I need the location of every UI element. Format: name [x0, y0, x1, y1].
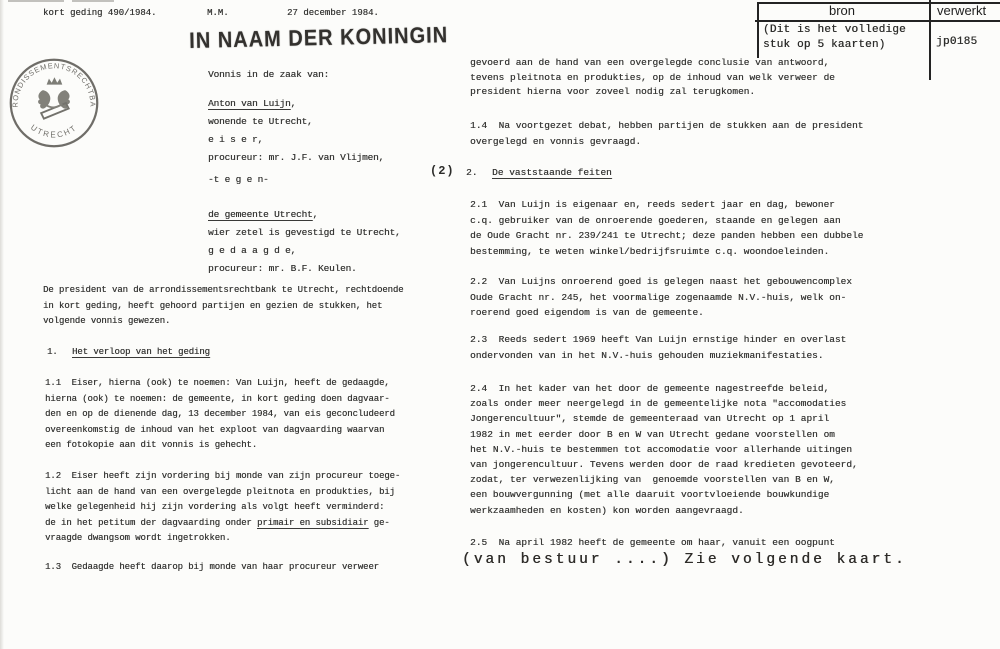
- paragraph-1-4: 1.4 Na voortgezet debat, hebben partijen…: [470, 118, 863, 149]
- paragraph-1-3: 1.3 Gedaagde heeft daarop bij monde van …: [45, 560, 379, 576]
- preamble-paragraph: De president van de arrondissementsrecht…: [43, 283, 403, 330]
- card-number-marker: (2): [430, 164, 455, 178]
- plaintiff-details: wonende te Utrecht, e i s e r, procureur…: [208, 113, 384, 167]
- court-stamp: ARRONDISSEMENTSRECHTBANK UTRECHT: [8, 57, 100, 149]
- page-edge-artifact: [72, 0, 114, 2]
- coat-of-arms-icon: [38, 77, 70, 118]
- plaintiff-name: Anton van Luijn,: [208, 95, 296, 113]
- defendant-name: de gemeente Utrecht,: [208, 206, 318, 224]
- clerk-initials: M.M.: [207, 6, 229, 22]
- page-edge-artifact: [8, 0, 64, 2]
- registration-note: (Dit is het volledige stuk op 5 kaarten): [763, 23, 906, 53]
- paragraph-1-1: 1.1 Eiser, hierna (ook) te noemen: Van L…: [45, 376, 395, 454]
- section-1-heading: Het verloop van het geding: [72, 345, 210, 361]
- stamp-place-text: UTRECHT: [29, 123, 79, 140]
- plaintiff-name-comma: ,: [291, 98, 297, 109]
- paragraph-2-5: 2.5 Na april 1982 heeft de gemeente om h…: [470, 535, 835, 551]
- section-2-number: 2.: [466, 165, 477, 181]
- section-2-heading: De vaststaande feiten: [492, 165, 612, 181]
- defendant-name-underlined: de gemeente Utrecht: [208, 209, 313, 220]
- paragraph-2-4: 2.4 In het kader van het door de gemeent…: [470, 381, 858, 518]
- paragraph-1-3-continuation: gevoerd aan de hand van een overgelegde …: [470, 56, 835, 100]
- column-header-verwerkt: verwerkt: [937, 3, 986, 18]
- registration-code: jp0185: [936, 36, 977, 48]
- judgment-date: 27 december 1984.: [287, 6, 379, 22]
- defendant-name-comma: ,: [313, 209, 319, 220]
- scan-edge-shadow: [0, 0, 4, 649]
- defendant-details: wier zetel is gevestigd te Utrecht, g e …: [208, 224, 401, 278]
- table-column-divider: [929, 0, 931, 80]
- continuation-note: (van bestuur ....) Zie volgende kaart.: [462, 550, 907, 570]
- paragraph-2-3: 2.3 Reeds sedert 1969 heeft Van Luijn er…: [470, 332, 846, 363]
- paragraph-2-2: 2.2 Van Luijns onroerend goed is gelegen…: [470, 274, 852, 321]
- versus-line: -t e g e n-: [208, 171, 269, 189]
- column-header-bron: bron: [755, 3, 929, 18]
- scanned-court-judgment-page: kort geding 490/1984. M.M. 27 december 1…: [0, 0, 1000, 649]
- section-1-number: 1.: [47, 345, 58, 361]
- vonnis-intro-line: Vonnis in de zaak van:: [208, 66, 329, 84]
- paragraph-1-2-underlined-phrase: primair en subsidiair: [257, 518, 368, 528]
- paragraph-1-2: 1.2 Eiser heeft zijn vordering bij monde…: [45, 469, 400, 547]
- table-header-border: [755, 20, 1000, 22]
- plaintiff-name-underlined: Anton van Luijn: [208, 98, 291, 109]
- case-reference: kort geding 490/1984.: [43, 6, 156, 22]
- paragraph-2-1: 2.1 Van Luijn is eigenaar en, reeds sede…: [470, 197, 863, 259]
- in-naam-der-koningin-stamp: IN NAAM DER KONINGIN: [189, 23, 448, 55]
